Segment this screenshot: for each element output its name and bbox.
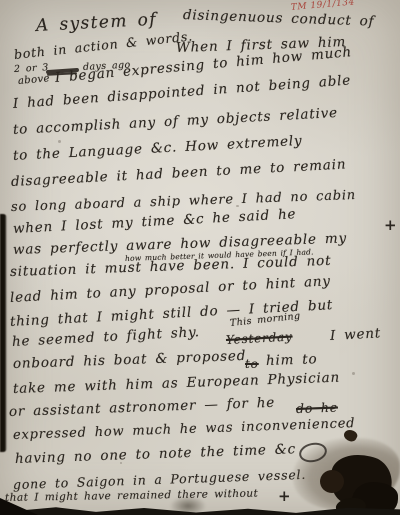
strikethrough-word: to xyxy=(245,357,259,371)
handwritten-line: gone to Saigon in a Portuguese vessel. xyxy=(13,467,307,492)
handwritten-line: disingenuous conduct of xyxy=(183,7,375,30)
paper-speck xyxy=(236,205,239,207)
handwritten-line: so long aboard a ship where I had no cab… xyxy=(11,188,357,215)
paper-speck xyxy=(352,372,355,375)
handwritten-line: onboard his boat & proposed xyxy=(13,348,247,372)
handwritten-line: to the Language &c. How extremely xyxy=(13,133,303,164)
dagger-mark-footnote: + xyxy=(278,487,291,505)
paper-speck xyxy=(120,462,122,464)
dagger-mark-margin: + xyxy=(384,216,397,234)
handwritten-line: take me with him as European Physician xyxy=(13,370,340,397)
paper-speck xyxy=(58,140,61,143)
handwritten-line: him to xyxy=(266,351,318,369)
strikethrough-word: do he xyxy=(296,400,338,416)
ink-blot-dot xyxy=(320,470,344,493)
handwritten-line: having no one to note the time &c xyxy=(15,441,296,467)
manuscript-page: TM 19/1/134 A system of disingenuous con… xyxy=(0,0,400,515)
interlinear-insertion: above xyxy=(18,73,51,87)
handwritten-line: I went xyxy=(330,325,382,344)
strikethrough-word: Yesterday xyxy=(226,330,293,347)
scan-edge-left xyxy=(0,214,7,452)
handwritten-line: expressed how much he was inconvenienced xyxy=(13,416,356,443)
handwritten-line: A system of xyxy=(35,10,157,36)
handwritten-line: or assistant astronomer — for he xyxy=(9,395,276,420)
